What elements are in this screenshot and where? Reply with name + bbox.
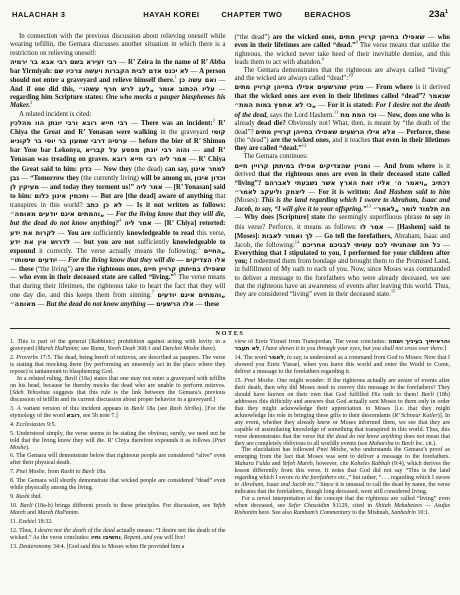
page-header: HALACHAH 3 HAYAH KOREI CHAPTER TWO BERAC… [12, 9, 448, 20]
text-segment: Rashi [16, 494, 30, 500]
hebrew-text: אלו הצדיקים [186, 256, 226, 264]
main-left-column: In connection with the previous discussi… [10, 33, 226, 325]
hebrew-text: אמר ליה רבי חייא רובא [112, 155, 187, 163]
notes-left-column: 1. This is part of the general [Rabbinic… [10, 339, 226, 586]
text-segment: — [189, 147, 203, 154]
text-segment: (18a-b) brings different proofs to these… [33, 503, 213, 509]
text-segment: For a novel interpretation of the concep… [242, 496, 366, 502]
footnote: The elucidation has followed Pnei Moshe,… [235, 447, 451, 496]
text-segment: — [316, 102, 327, 109]
text-segment: to say [425, 214, 445, 221]
hebrew-text: אמר לו [360, 223, 384, 231]
paragraph: רבי זעירא בשם רבי אבא בר ירמיה — R’ Zeir… [10, 58, 226, 111]
folio-number: 23a1 [429, 9, 448, 20]
hebrew-text: ואם עשה כן [179, 76, 216, 84]
text-segment: — [127, 138, 139, 145]
text-segment: — [10, 274, 19, 281]
text-segment: and it teaches [332, 137, 372, 144]
paragraph: (“the dead”) are the wicked ones, שאפילו… [235, 33, 451, 67]
text-segment: Sanhedrin [391, 510, 416, 516]
footnote: 15. Pnei Moshe. One might wonder: If the… [235, 378, 451, 448]
text-segment: And from where [384, 163, 439, 170]
text-segment: I have shown it to you through your eyes… [263, 346, 445, 352]
text-segment: — [117, 59, 128, 66]
text-segment: The Gemara continues: [244, 153, 308, 160]
text-segment: from [46, 469, 61, 475]
hebrew-text: לקרות את ידע [10, 229, 55, 237]
text-segment: — [235, 214, 244, 221]
text-segment: 17:5. The dead, being bereft of mitzvos,… [10, 355, 226, 375]
footnote-ref: 9 [322, 56, 324, 61]
text-segment: sufficiently [93, 230, 127, 237]
text-segment: Deuteronomy [19, 544, 51, 550]
text-segment: 9:5. [45, 422, 56, 428]
text-segment: — [128, 120, 141, 127]
text-segment: Rashi [61, 469, 75, 475]
text-segment: see [80, 346, 91, 352]
text-segment: — [10, 266, 19, 273]
text-segment: I desire not the death of the dead [34, 528, 114, 534]
text-segment: Abraham, Isaac and Jacob [241, 482, 306, 488]
text-segment: §1129, cited in [329, 503, 375, 509]
text-segment: A related incident is cited: [19, 111, 91, 118]
text-segment: Now, does one who is [387, 112, 450, 119]
text-segment: 368:1 and [136, 346, 163, 352]
text-segment: but you are not [84, 239, 138, 246]
hebrew-text: רבי חייא רובא ורבי יונתן הוו מהלכין [10, 119, 128, 127]
footnote: 11. Ezekiel 18:32. [10, 519, 226, 526]
text-segment: — [189, 68, 200, 75]
header-tractate: BERACHOS [304, 10, 351, 19]
footnote-number: 12. [10, 528, 19, 534]
text-segment: R’ Schneur Kotler [394, 413, 437, 419]
footnote: 10. Bavli (18a-b) brings different proof… [10, 503, 226, 517]
hebrew-text: וחכמין אינון כלום [34, 192, 88, 200]
text-segment: ] [444, 346, 446, 352]
hebrew-text: „והמתים אינם יודעים מאומה״ [10, 210, 104, 218]
notes-label: NOTES [10, 330, 450, 337]
footnote: view of Eretz Yisrael from Transjordan. … [235, 339, 451, 353]
text-segment: The Gemara demonstrates that the righteo… [235, 67, 451, 82]
text-segment: Pnei Moshe, [317, 447, 348, 453]
text-segment: says the Lord Hashem. [270, 112, 334, 119]
hebrew-text: כל מה שהתניתי לכם עשיתי לבניכם אחריכם [302, 241, 440, 249]
text-segment: — [440, 242, 450, 249]
text-segment: — [92, 166, 104, 173]
hebrew-text: לא כן כתב [86, 201, 122, 209]
hebrew-text: אלו הרשעים [156, 300, 194, 308]
footnote-ref: 12 [302, 143, 307, 148]
text-segment: — [313, 233, 324, 240]
text-segment: — [163, 184, 174, 191]
text-segment: Mahara Fulda [235, 461, 271, 467]
text-segment: this verse, [197, 230, 226, 237]
hebrew-text: רובא [66, 413, 79, 419]
text-segment: are the righteous ones, [75, 266, 144, 273]
header-chapter: CHAPTER TWO [221, 10, 282, 19]
text-segment: Bavli [421, 392, 434, 398]
text-segment: — [39, 184, 50, 191]
text-segment: but the dead do not know anything [317, 434, 402, 440]
text-segment: (Moses): [235, 197, 262, 204]
text-segment: to the forefathers [295, 475, 336, 481]
footnote: 7. Pnei Moshe, from Rashi to Bavli 18a. [10, 469, 226, 476]
text-segment: (the currently living) [81, 175, 141, 182]
text-segment: to the Mishnah, [351, 510, 392, 516]
text-segment: Yefeh Mareh, [282, 461, 314, 467]
text-segment: Koheles Rabbah [350, 461, 390, 467]
hebrew-text: לדרוש אין את ידע [10, 238, 70, 246]
text-segment: — [36, 301, 46, 308]
text-segment: From where [376, 84, 416, 91]
footnote: 13. Deuteronomy 34:4. [God said this to … [10, 544, 226, 551]
text-segment: “Tomorrow they [30, 175, 81, 182]
hebrew-text: מניין שהרשעים אפילו בחייהן קרויין מתים [235, 83, 364, 91]
text-segment: The word [243, 355, 268, 361]
talmud-page: HALACHAH 3 HAYAH KOREI CHAPTER TWO BERAC… [0, 0, 460, 595]
hebrew-text: מה תלמוד לומר „לאמר״ [373, 205, 450, 213]
text-segment: it correctly. The verse actually means t… [39, 248, 197, 255]
hebrew-text: שאפילו בחייהן קרויין מתים [339, 33, 425, 41]
paragraph: מניין שהרשעים אפילו בחייהן קרויין מתים —… [235, 83, 451, 153]
text-segment: — [376, 112, 387, 119]
text-segment: — [104, 211, 115, 218]
text-segment: can say, [165, 166, 191, 173]
text-segment: in the graveyard [160, 129, 211, 136]
hebrew-text: אמר ליה [136, 183, 163, 191]
text-segment: — [55, 230, 67, 237]
text-segment: dead die? [257, 120, 288, 127]
text-segment: Bavli [65, 376, 78, 382]
text-segment: 10:1. [416, 510, 430, 516]
text-segment: — [122, 202, 137, 209]
text-segment: that the wicked ones are even in their l… [235, 93, 429, 100]
text-segment: and today they torment us!” [50, 184, 136, 191]
text-segment: There was an incident: [141, 120, 213, 127]
hebrew-text: אמר ליה [124, 219, 152, 227]
hebrew-text: וכי המת מת [340, 111, 376, 119]
text-segment: already [235, 120, 258, 127]
hebrew-text: לך ואמור לאבות [262, 232, 313, 240]
footnote-number: 10. [10, 503, 20, 509]
text-segment: — [384, 224, 397, 231]
footnote-number: 15. [235, 378, 245, 384]
text-segment: Ecclesiastes [16, 422, 45, 428]
text-segment: Mareh HaPanim [37, 510, 77, 516]
footnote-ref: 15 [391, 289, 396, 294]
text-segment: Go tell the forefathers, [324, 233, 394, 240]
text-segment: ibid. [30, 494, 42, 500]
text-segment: — [19, 175, 30, 182]
text-segment: 34:4. [God said this to Moses when He pr… [51, 544, 184, 550]
paragraph: The Gemara demonstrates that the righteo… [235, 67, 451, 83]
footnote: 4. Ecclesiastes 9:5. [10, 422, 226, 429]
footnote: 2. Proverbs 17:5. The dead, being bereft… [10, 355, 226, 376]
text-segment: In connection with the previous discussi… [10, 33, 226, 56]
footnote: 1. This is part of the general [Rabbinic… [10, 339, 226, 353]
text-segment: — [187, 156, 199, 163]
text-segment: knowledgeable to read [127, 230, 197, 237]
text-segment: And if one did this, [10, 86, 78, 93]
hebrew-text: רבי זעירא בשם רבי אבא בר ירמיה [10, 58, 117, 66]
header-halachah: HALACHAH 3 [12, 10, 65, 19]
footnote: 5. Understood simply, the verse seems to… [10, 431, 226, 452]
footnote-ref: 10 [348, 73, 353, 78]
notes-right-column: view of Eretz Yisrael from Transjordan. … [235, 339, 451, 586]
text-segment: sufficiently [138, 239, 173, 246]
text-segment: ). [26, 445, 30, 451]
text-segment: The Gemara will shortly demonstrate that… [10, 478, 226, 491]
text-segment: (the “dead”) [235, 137, 271, 144]
text-segment: And Hashem said to him [374, 189, 450, 196]
paragraph: רבי חייא רובא ורבי יונתן הוו מהלכין — Th… [10, 119, 226, 309]
text-segment: the seemingly superfluous phrase [328, 214, 425, 221]
text-segment: Is it not written as follows: [137, 202, 226, 209]
text-segment: (“the living”) [36, 266, 75, 273]
text-segment: — [425, 34, 438, 41]
text-segment: (“the dead”) [235, 34, 273, 41]
footnote: 9. Rashi ibid. [10, 494, 226, 501]
footnote: 8. The Gemara will shortly demonstrate t… [10, 478, 226, 492]
text-segment: 18:32. [36, 519, 53, 525]
text-segment: — [152, 220, 165, 227]
text-segment: — [305, 189, 318, 196]
footnote-number: 13. [10, 544, 19, 550]
text-segment: these [204, 301, 219, 308]
hebrew-text: ומניין שהצדיקים אפילו במיתתן קרויין חיים [235, 162, 371, 170]
text-segment: Bavli [131, 406, 144, 412]
text-segment: 18a. [95, 469, 107, 475]
header-title: HAYAH KOREI [143, 10, 199, 19]
text-segment: Pnei Moshe, [16, 469, 46, 475]
text-segment: For the living know that they will die — [68, 257, 186, 264]
text-segment: loc. cit.). [414, 441, 437, 447]
text-segment: Repent, and you will live! [124, 535, 185, 541]
text-segment: — [370, 163, 383, 170]
footnote: In a related ruling, Bavli (18a) states … [10, 376, 226, 404]
footnote-number: 11. [10, 519, 19, 525]
text-segment: I redeemed them from bondage and brought… [235, 258, 451, 298]
text-segment: however, cite [314, 461, 350, 467]
text-segment: Sdeh Yehoshua [12, 390, 50, 396]
text-segment: But the dead do not know anything — [46, 301, 156, 308]
text-segment: here. See also [257, 510, 293, 516]
paragraph: The Gemara continues: [235, 153, 451, 161]
folio-superscript: 1 [445, 9, 448, 15]
footnote: 14. The word לאמר, to say, is understood… [235, 355, 451, 376]
text-segment: to say, [287, 355, 302, 361]
footnotes-section: 1. This is part of the general [Rabbinic… [10, 339, 450, 586]
text-segment: You are [67, 230, 93, 237]
hebrew-text: עליו הכתוב אומר „לעג לרש חרף עשהו״ [78, 85, 214, 93]
text-segment: — [194, 301, 204, 308]
text-segment: Maharsha [369, 441, 394, 447]
text-segment: is it derived [416, 84, 450, 91]
text-segment: righteous [366, 496, 389, 502]
text-segment: Rambam’s Commentary [293, 510, 350, 516]
text-segment: In a related ruling, [17, 376, 65, 382]
folio-main: 23a [429, 9, 445, 20]
footnote: For a novel interpretation of the concep… [235, 496, 451, 517]
text-segment: there). [199, 346, 216, 352]
hebrew-text: והוה רבי יונתן מפסע על קבריא [85, 146, 189, 154]
text-segment: Rama, Yoreh Deah [90, 346, 135, 352]
footnote: 6. The Gemara will demonstrate below tha… [10, 453, 226, 467]
text-segment: Bavli [401, 441, 414, 447]
text-segment: — [215, 86, 226, 93]
paragraph: ומניין שהצדיקים אפילו במיתתן קרויין חיים… [235, 162, 451, 300]
text-segment: and [270, 461, 282, 467]
text-segment: Understood simply, the verse seems to be… [10, 431, 226, 444]
paragraph: In connection with the previous discussi… [10, 33, 226, 57]
text-segment: The Gemara will demonstrate below that r… [10, 453, 225, 466]
text-segment: regarding him Scripture states: [10, 94, 106, 101]
text-segment: Bavli [82, 469, 95, 475]
text-segment: Pnei Moshe. [244, 378, 275, 384]
text-segment: these [19, 266, 36, 273]
footnote-ref: 2 [30, 100, 32, 105]
hebrew-text: אלא אילו הרשעים שאפילו בחייהן קרויין מתי… [256, 128, 396, 136]
text-segment: Now they [103, 166, 134, 173]
text-segment: — [57, 257, 68, 264]
text-segment: to [74, 469, 82, 475]
text-segment: and [26, 510, 38, 516]
text-segment: A variant version of this incident appea… [17, 406, 131, 412]
hebrew-text: לאמר [268, 355, 284, 361]
text-segment: , see 5b note 7.] [80, 413, 118, 419]
text-segment: Bavli [20, 503, 33, 509]
text-segment: — [89, 193, 101, 200]
text-segment: — [396, 129, 407, 136]
text-segment: view of Eretz Yisrael from Transjordan. … [235, 339, 389, 345]
text-segment: Darchei Moshe [162, 346, 199, 352]
text-segment: For it is written: [318, 189, 374, 196]
hebrew-text: שאפילו במיתתן קרויין חיים [143, 265, 225, 273]
text-segment: will be among us, [141, 175, 195, 182]
footnote: 12. Thus, I desire not the death of the … [10, 528, 226, 542]
text-segment: — [216, 77, 225, 84]
text-segment: Ezekiel [19, 519, 36, 525]
text-segment: The elucidation has followed [242, 447, 317, 453]
elucidation-section: In connection with the previous discussi… [10, 33, 450, 325]
text-segment: But are [the dead] aware of anything [100, 193, 215, 200]
text-segment: are the wicked ones, [273, 34, 339, 41]
notes-divider-line [10, 328, 450, 329]
text-segment: 18a (see [144, 406, 170, 412]
text-segment: who even in their deceased state are cal… [19, 274, 174, 281]
text-segment: [R’ Chiya] retorted: [164, 220, 225, 227]
footnote-number: 3. [10, 406, 17, 412]
text-segment: (the dead) [134, 166, 165, 173]
text-segment: Why does [Scripture] state [244, 214, 328, 221]
paragraph: A related incident is cited: [10, 111, 226, 119]
text-segment: Sefer Chassidim [288, 503, 329, 509]
hebrew-text: כדון [80, 165, 92, 173]
text-segment: Perforce, these [406, 129, 450, 136]
text-segment: — [364, 84, 376, 91]
footnote: 3. A variant version of this incident ap… [10, 406, 226, 420]
main-right-column: (“the dead”) are the wicked ones, שאפילו… [235, 33, 451, 325]
hebrew-text: לא יכנס אדם לבית הקברות ויעשה צרכיו שם [54, 67, 189, 75]
text-segment: Rash Sirilio [170, 406, 200, 412]
text-segment: — [70, 239, 84, 246]
text-segment: Proverbs [16, 355, 38, 361]
text-segment: Thus, [19, 528, 34, 534]
text-segment: . [78, 510, 80, 516]
text-segment: Mareh HaPanim; [37, 346, 79, 352]
hebrew-text: והשיבו וחיו [91, 535, 121, 541]
